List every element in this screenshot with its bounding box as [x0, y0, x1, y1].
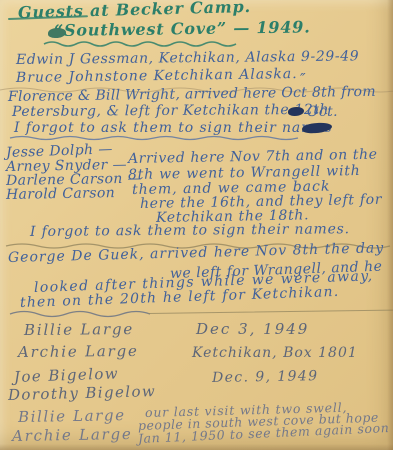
- paper-edge-shadow: [0, 444, 393, 450]
- pencil-rule: [148, 310, 393, 314]
- entry-wright-line2-end: Oct.: [307, 104, 338, 120]
- wavy-divider: [10, 308, 150, 320]
- signature-date: Dec. 9, 1949: [212, 368, 319, 386]
- signature-date: Dec 3, 1949: [196, 320, 309, 338]
- entry-forgot-names-2: I forgot to ask them to sign their names…: [30, 221, 350, 240]
- signature: Billie Large: [24, 320, 134, 339]
- title-wavy-underline: [44, 38, 254, 48]
- guestbook-subtitle: “Southwest Cove” — 1949.: [54, 17, 311, 40]
- signature-address: Ketchikan, Box 1801: [192, 345, 358, 361]
- signature: Archie Large: [18, 342, 139, 361]
- entry-gessman: Edwin J Gessman, Ketchikan, Alaska 9-29-…: [16, 48, 359, 68]
- signature: Archie Large: [12, 425, 133, 445]
- guestbook-page: Guests at Becker Camp. “Southwest Cove” …: [0, 0, 393, 450]
- paper-edge-shadow: [387, 0, 393, 450]
- signature: Dorothy Bigelow: [8, 382, 157, 404]
- entry-wright-line2: Petersburg, & left for Ketchikan the 12t…: [12, 102, 329, 120]
- guest-name: Harold Carson: [6, 185, 115, 203]
- signature: Billie Large: [18, 406, 126, 426]
- wavy-underline: [10, 132, 310, 142]
